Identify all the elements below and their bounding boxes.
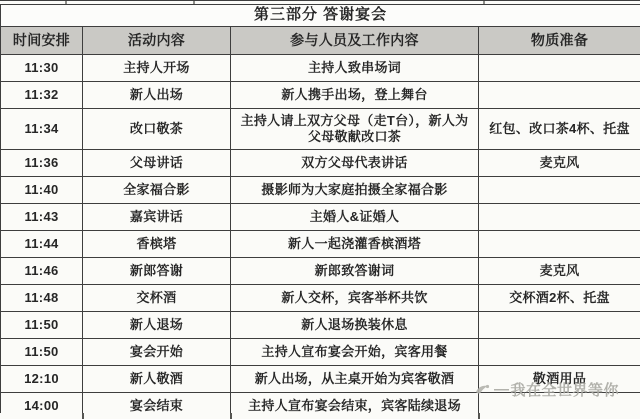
banquet-schedule-table: 第三部分 答谢宴会 时间安排 活动内容 参与人员及工作内容 物质准备 11:30… [0,4,640,419]
time-cell: 11:40 [1,177,83,204]
crop-grid-line [82,413,84,419]
schedule-row: 11:40 全家福合影 摄影师为大家庭拍摄全家福合影 [1,177,640,204]
schedule-row: 11:48 交杯酒 新人交杯，宾客举杯共饮 交杯酒2杯、托盘 [1,285,640,312]
schedule-row: 11:32 新人出场 新人携手出场，登上舞台 [1,82,640,109]
schedule-row: 11:44 香槟塔 新人一起浇灌香槟酒塔 [1,231,640,258]
participants-cell: 主婚人&证婚人 [231,204,479,231]
materials-cell: 麦克风 [479,258,640,285]
activity-cell: 新人退场 [83,312,231,339]
activity-cell: 嘉宾讲话 [83,204,231,231]
section-title: 第三部分 答谢宴会 [1,5,640,27]
activity-cell: 全家福合影 [83,177,231,204]
time-cell: 11:43 [1,204,83,231]
activity-cell: 宴会开始 [83,339,231,366]
time-cell: 11:44 [1,231,83,258]
schedule-row: 11:43 嘉宾讲话 主婚人&证婚人 [1,204,640,231]
time-cell: 12:10 [1,366,83,393]
materials-cell [479,204,640,231]
participants-cell: 摄影师为大家庭拍摄全家福合影 [231,177,479,204]
activity-cell: 父母讲话 [83,150,231,177]
materials-cell [479,177,640,204]
participants-cell: 主持人致串场词 [231,55,479,82]
materials-cell [479,339,640,366]
materials-cell: 红包、改口茶4杯、托盘 [479,109,640,150]
time-cell: 11:32 [1,82,83,109]
crop-grid-line [478,413,480,419]
schedule-row: 11:30 主持人开场 主持人致串场词 [1,55,640,82]
time-cell: 11:50 [1,312,83,339]
materials-cell [479,312,640,339]
participants-cell: 主持人请上双方父母（走T台），新人为父母敬献改口茶 [231,109,479,150]
materials-cell [479,55,640,82]
next-table-crop [0,413,640,419]
participants-cell: 新人一起浇灌香槟酒塔 [231,231,479,258]
activity-cell: 香槟塔 [83,231,231,258]
time-cell: 11:48 [1,285,83,312]
activity-cell: 改口敬茶 [83,109,231,150]
activity-cell: 新人敬酒 [83,366,231,393]
activity-cell: 交杯酒 [83,285,231,312]
time-cell: 11:36 [1,150,83,177]
participants-cell: 新人交杯，宾客举杯共饮 [231,285,479,312]
schedule-row: 11:36 父母讲话 双方父母代表讲话 麦克风 [1,150,640,177]
participants-cell: 双方父母代表讲话 [231,150,479,177]
column-header-participants: 参与人员及工作内容 [231,27,479,55]
column-header-activity: 活动内容 [83,27,231,55]
activity-cell: 新郎答谢 [83,258,231,285]
crop-grid-line [230,413,232,419]
section-title-row: 第三部分 答谢宴会 [1,5,640,27]
materials-cell: 敬酒用品 [479,366,640,393]
time-cell: 11:34 [1,109,83,150]
time-cell: 11:50 [1,339,83,366]
schedule-row: 11:34 改口敬茶 主持人请上双方父母（走T台），新人为父母敬献改口茶 红包、… [1,109,640,150]
schedule-row: 11:46 新郎答谢 新郎致答谢词 麦克风 [1,258,640,285]
materials-cell [479,231,640,258]
schedule-row: 12:10 新人敬酒 新人出场，从主桌开始为宾客敬酒 敬酒用品 [1,366,640,393]
time-cell: 11:46 [1,258,83,285]
column-header-time: 时间安排 [1,27,83,55]
column-header-materials: 物质准备 [479,27,640,55]
activity-cell: 新人出场 [83,82,231,109]
materials-cell [479,82,640,109]
participants-cell: 新人退场换装休息 [231,312,479,339]
participants-cell: 主持人宣布宴会开始，宾客用餐 [231,339,479,366]
participants-cell: 新郎致答谢词 [231,258,479,285]
banquet-schedule-page: 第三部分 答谢宴会 时间安排 活动内容 参与人员及工作内容 物质准备 11:30… [0,0,640,419]
table-header-row: 时间安排 活动内容 参与人员及工作内容 物质准备 [1,27,640,55]
schedule-row: 11:50 宴会开始 主持人宣布宴会开始，宾客用餐 [1,339,640,366]
activity-cell: 主持人开场 [83,55,231,82]
participants-cell: 新人携手出场，登上舞台 [231,82,479,109]
participants-cell: 新人出场，从主桌开始为宾客敬酒 [231,366,479,393]
materials-cell: 交杯酒2杯、托盘 [479,285,640,312]
time-cell: 11:30 [1,55,83,82]
schedule-row: 11:50 新人退场 新人退场换装休息 [1,312,640,339]
materials-cell: 麦克风 [479,150,640,177]
